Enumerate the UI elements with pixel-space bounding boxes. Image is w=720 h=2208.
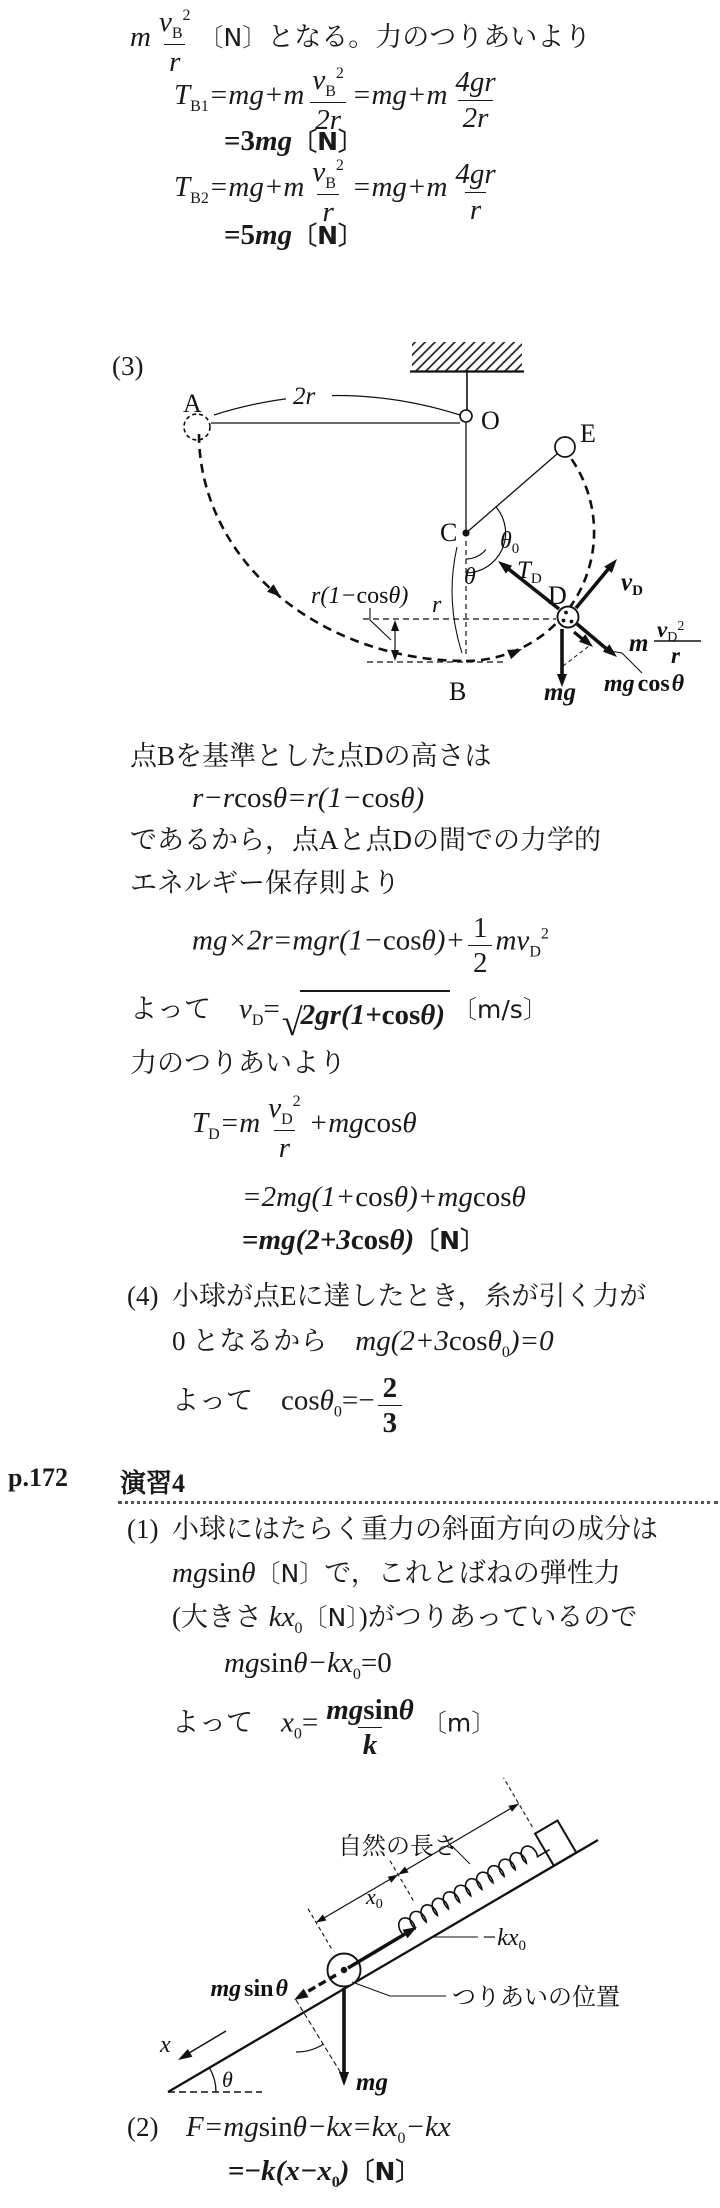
theta-arc-bottom (296, 2044, 324, 2052)
eq-part: θ) (389, 1224, 414, 1256)
sub-d: D (529, 944, 541, 961)
point-label-o: O (481, 406, 500, 435)
pendulum-diagram: O A E C D B 2r θ0 θ TD vD m vD2 r mg mgc… (0, 250, 720, 720)
pivot-o-hook (460, 410, 472, 422)
coef: 5 (241, 219, 256, 251)
mgcos-label: mgcosθ (604, 671, 685, 697)
wall-block (535, 1821, 576, 1866)
radicand: θ) (420, 999, 445, 1031)
cos-glyph: cos (638, 671, 670, 697)
den-r: r (274, 1130, 295, 1164)
eq-part: r−r (192, 782, 234, 814)
sub-b2: B2 (190, 190, 209, 207)
diagram1-strokes (184, 342, 701, 676)
var-v: v (268, 1092, 281, 1124)
equals-zero: =0 (361, 1647, 392, 1679)
fraction: mgsinθk (321, 1694, 419, 1762)
ball-d-dot (562, 619, 566, 623)
cos: cos (234, 782, 273, 814)
radius-r-curve (452, 547, 462, 653)
eq-part: =mg+m (352, 171, 448, 203)
num: 1 (468, 912, 493, 945)
theta: θ (512, 1181, 526, 1213)
body-text: 力のつりあいより (130, 1044, 346, 1082)
eq-costheta0: よってcosθ0=−23 (172, 1372, 405, 1440)
dim-arrowhead (398, 1867, 408, 1875)
ball-d-dot (564, 611, 568, 615)
sub-d: D (632, 583, 643, 599)
string-ce (466, 454, 557, 533)
eq-part: mg×2r=mgr(1− (192, 925, 383, 957)
textbook-solution-page: mvB2r〔N〕となる。力のつりあいより TB1=mg+mvB22r=mg+m4… (0, 0, 720, 2208)
cos: cos (362, 782, 401, 814)
fraction: 4grr (450, 158, 500, 226)
centrifugal-label-m: m (629, 630, 648, 657)
label-text: (1) (127, 1514, 158, 1544)
eq-part: θ=r(1− (273, 782, 362, 814)
eq-part: =mg+m (352, 79, 448, 111)
sub-0: 0 (294, 1726, 302, 1743)
x-axis-arrowhead (178, 2049, 192, 2060)
angle-label-theta: θ (464, 564, 476, 590)
sin: sin (259, 1647, 293, 1679)
eq-part: =2mg(1+ (242, 1181, 355, 1213)
angle-label-theta0: θ0 (500, 528, 519, 557)
theta: θ (241, 1557, 255, 1589)
point-c-dot (462, 529, 469, 536)
label-text: (2) (127, 2112, 158, 2142)
sin: sin (363, 1694, 398, 1726)
unit-n: 〔N〕 (199, 23, 268, 52)
den: r (465, 192, 486, 226)
sup-2: 2 (541, 926, 549, 943)
sin: sin (259, 2111, 293, 2143)
sub-0: 0 (332, 2174, 340, 2191)
var-x: x (281, 1707, 294, 1739)
height-leader (370, 608, 391, 640)
eq-part: )=0 (510, 1325, 554, 1357)
ball-center-dot (341, 1967, 347, 1973)
body-text: 点Bを基準とした点Dの高さは (130, 737, 492, 775)
cos: cos (281, 1385, 320, 1417)
point-label-a: A (183, 389, 202, 418)
tension-label: TD (517, 557, 542, 587)
sub-0: 0 (502, 1344, 510, 1361)
sub-0: 0 (295, 1620, 303, 1637)
cos: cos (383, 925, 422, 957)
dim-arrowhead (388, 1875, 398, 1883)
centrifugal-label-den: r (671, 643, 681, 668)
radius-label: r (432, 592, 442, 618)
yotte: よって (130, 994, 211, 1024)
incline-spring-diagram: 自然の長さ x0 −kx0 mgsinθ つりあいの位置 x θ mg (0, 1775, 720, 2105)
num: 4gr (450, 66, 500, 99)
cos: cos (449, 1325, 488, 1357)
r-open: r(1− (311, 583, 357, 609)
den: 2r (458, 100, 494, 134)
var-mg: mg (172, 1557, 207, 1589)
radicand: 2gr(1+ (301, 999, 382, 1031)
var-mg: mg (224, 1647, 259, 1679)
dim-label-2r: 2r (293, 383, 316, 410)
equals: = (302, 1707, 318, 1739)
den: 2 (468, 945, 493, 979)
var-kx: kx (269, 1601, 295, 1633)
component-dashed (563, 646, 589, 666)
problem-label-1: (1) (127, 1510, 158, 1553)
sub-d: D (252, 1012, 264, 1029)
eq-zero-condition: 0 となるからmg(2+3cosθ0)=0 (172, 1322, 554, 1372)
wall-block-rect (535, 1821, 576, 1866)
x0-label: x0 (365, 1884, 383, 1912)
equals: = (242, 1224, 259, 1256)
point-label-b: B (449, 677, 466, 706)
num: 2 (378, 1372, 403, 1405)
x-axis-label: x (159, 2032, 171, 2058)
unit-m: 〔m〕 (422, 1709, 496, 1738)
eq-part: =mg+m (209, 171, 305, 203)
eq-part: θ)+mg (394, 1181, 473, 1213)
equals-minus: =− (228, 2155, 261, 2187)
unit-n: 〔N〕 (303, 1603, 359, 1632)
theta: θ (399, 1694, 414, 1726)
body-text: 小球が点Eに達したとき，糸が引く力が (172, 1277, 646, 1315)
eq-part: θ)+ (422, 925, 465, 957)
problem-label-4: (4) (127, 1277, 158, 1320)
var-t: T (192, 1107, 208, 1139)
kx-glyph: −kx (481, 1925, 519, 1951)
dim-2r-curve (214, 396, 460, 416)
body-text: エネルギー保存則より (130, 864, 400, 902)
arc-arrowhead (507, 649, 522, 659)
body-text-math: mgsinθ〔N〕で，これとばねの弾性力 (172, 1554, 621, 1597)
x-axis-arrow-shaft (184, 2031, 226, 2056)
sub-d: D (281, 1111, 293, 1128)
gravity-label: mg (356, 2069, 388, 2096)
unit-ms: 〔m/s〕 (452, 995, 548, 1024)
jp-part: )がつりあっているので (359, 1602, 638, 1632)
unit-n: 〔N〕 (349, 2157, 420, 2186)
var-v: v (239, 993, 252, 1025)
mg-glyph: mg (211, 1976, 242, 2002)
eq-energy: mg×2r=mgr(1−cosθ)+12mvD2 (192, 912, 549, 980)
equals: = (224, 125, 241, 157)
eq-part: k(x−x (261, 2155, 332, 2187)
theta-close: θ) (389, 583, 409, 609)
dotted-rule (118, 1463, 718, 1504)
cos-glyph: cos (357, 583, 389, 609)
coef: 3 (241, 125, 256, 157)
fraction: vD2r (263, 1092, 305, 1164)
eq-part: θ−kx=kx (293, 2111, 398, 2143)
sin-glyph: sin (244, 1976, 273, 2002)
equals: = (263, 993, 279, 1025)
eq-part: =m (220, 1107, 261, 1139)
sup-2: 2 (293, 1093, 301, 1110)
incline-surface (168, 1840, 598, 2092)
var-t: T (174, 79, 190, 111)
var-v: v (312, 156, 325, 188)
val-mg: mg (255, 219, 292, 251)
sup-2: 2 (336, 65, 344, 82)
sup-2: 2 (677, 619, 684, 634)
eq-part: −kx (405, 2111, 450, 2143)
unit-n: 〔N〕 (256, 1559, 325, 1588)
unit-n: 〔N〕 (292, 127, 363, 156)
cos: cos (473, 1181, 512, 1213)
eq-part: θ) (400, 782, 424, 814)
trajectory-arc-be (466, 448, 594, 661)
theta: θ (488, 1325, 502, 1357)
eq-part: mg(2+3 (259, 1224, 351, 1256)
eq-balance: mgsinθ−kx0=0 (224, 1644, 392, 1694)
sub-b: B (172, 25, 183, 42)
tick-wall (504, 1778, 533, 1827)
label-text: (4) (127, 1281, 158, 1311)
ball-d-dot (570, 620, 574, 624)
var-mg: mg (326, 1694, 363, 1726)
eq-x0-result: よってx0=mgsinθk〔m〕 (172, 1694, 496, 1762)
sub-b: B (325, 175, 336, 192)
fraction: 12 (468, 912, 493, 980)
sub-b1: B1 (190, 98, 209, 115)
eq-part: +mg (309, 1107, 364, 1139)
spring-force-shaft (348, 1934, 405, 1968)
unit-n: 〔N〕 (292, 221, 363, 250)
radical-sign: √ (282, 1004, 303, 1042)
cos: cos (364, 1107, 403, 1139)
point-label-d: D (548, 581, 567, 610)
sub-0: 0 (512, 541, 520, 557)
sqrt: √2gr(1+cosθ) (282, 990, 450, 1039)
velocity-label: vD (621, 569, 643, 599)
sub-d: D (531, 571, 542, 587)
equil-leader (352, 1982, 446, 1996)
eq-td: TD=mvD2r+mgcosθ (192, 1092, 417, 1164)
gravity-arrowhead (339, 2072, 349, 2086)
yotte: よって (172, 1386, 253, 1416)
incline-angle-arc (209, 2068, 216, 2092)
spring-force-arrowhead (403, 1927, 418, 1938)
unit-n: 〔N〕 (414, 1226, 485, 1255)
eq-td-2: =2mg(1+cosθ)+mgcosθ (242, 1178, 526, 1221)
jp-part: で，これとばねの弾性力 (324, 1558, 620, 1588)
eq-part: =mg+m (209, 79, 305, 111)
eq-restoring-result: =−k(x−x0)〔N〕 (228, 2152, 420, 2202)
val-mg: mg (255, 125, 292, 157)
velocity-arrow-shaft (576, 567, 610, 608)
theta: θ (320, 1385, 334, 1417)
eq-part: F=mg (186, 2111, 259, 2143)
eq-part: θ−kx (293, 1647, 353, 1679)
eq-restoring-force: F=mgsinθ−kx=kx0−kx (186, 2108, 451, 2158)
eq-part: mg(2+3 (355, 1325, 449, 1357)
cos: cos (382, 999, 421, 1031)
sub-0: 0 (376, 1897, 383, 1912)
sup-2: 2 (336, 157, 344, 174)
sub-d: D (208, 1126, 220, 1143)
theta-glyph: θ (672, 671, 685, 697)
equals-minus: =− (342, 1385, 375, 1417)
point-label-c: C (440, 518, 457, 547)
mgsin-arrowhead (294, 1989, 309, 2000)
var-v: v (312, 64, 325, 96)
eq-height: r−rcosθ=r(1−cosθ) (192, 779, 424, 822)
height-label: r(1−cosθ) (311, 583, 408, 609)
body-text: 小球にはたらく重力の斜面方向の成分は (172, 1510, 658, 1548)
jp-part: 0 となるから (172, 1326, 327, 1356)
dim-arrowhead (508, 1804, 518, 1812)
sub-0: 0 (353, 1666, 361, 1683)
dim-arrowhead (391, 620, 399, 631)
sub-0: 0 (519, 1938, 527, 1954)
var-m: m (130, 21, 151, 53)
incline-angle-label: θ (222, 2067, 233, 2092)
gravity-label: mg (544, 679, 576, 706)
var-mv: mv (495, 925, 529, 957)
natural-length-label: 自然の長さ (338, 1833, 458, 1860)
body-text: であるから，点Aと点Dの間での力学的 (130, 821, 601, 859)
page-ref: p.172 (8, 1463, 68, 1493)
jp-part: (大きさ (172, 1602, 269, 1632)
x-glyph: x (365, 1884, 376, 1909)
yotte: よって (172, 1708, 253, 1738)
cos: cos (351, 1224, 390, 1256)
theta-glyph: θ (500, 528, 512, 554)
den: 3 (378, 1405, 403, 1439)
den-k: k (358, 1727, 383, 1761)
body-text-math: (大きさ kx0〔N〕)がつりあっているので (172, 1598, 637, 1648)
equilibrium-label: つりあいの位置 (452, 1984, 620, 2011)
dim-arrowhead (391, 650, 399, 661)
sin: sin (207, 1557, 241, 1589)
theta-glyph: θ (276, 1976, 289, 2002)
cos: cos (355, 1181, 394, 1213)
point-label-e: E (580, 419, 596, 448)
eq-vd: よってvD=√2gr(1+cosθ)〔m/s〕 (130, 990, 548, 1040)
sup-2: 2 (183, 7, 191, 24)
diagram2-strokes (168, 1778, 598, 2092)
mgsin-label: mgsinθ (211, 1976, 289, 2002)
trajectory-arc-ab (199, 434, 466, 661)
intro-text: となる。力のつりあいより (267, 22, 591, 52)
angle-theta-arc (466, 550, 486, 560)
sub-b: B (325, 83, 336, 100)
fraction: 4gr2r (450, 66, 500, 134)
var-v: v (159, 6, 172, 38)
theta: θ (402, 1107, 416, 1139)
dim-arrowhead (316, 1915, 326, 1923)
mg-glyph: mg (604, 671, 635, 697)
num: 4gr (450, 158, 500, 191)
sub-0: 0 (334, 1404, 342, 1421)
spring-force-label: −kx0 (481, 1925, 526, 1954)
tick-ball (308, 1908, 332, 1949)
dim-x0-line (316, 1875, 398, 1923)
eq-td-result: =mg(2+3cosθ)〔N〕 (242, 1221, 485, 1264)
var-t: T (174, 171, 190, 203)
fraction: 23 (378, 1372, 403, 1440)
ball-e (555, 437, 575, 457)
problem-label-2: (2) (127, 2108, 158, 2151)
equals: = (224, 219, 241, 251)
ceiling-hatch (412, 342, 522, 371)
